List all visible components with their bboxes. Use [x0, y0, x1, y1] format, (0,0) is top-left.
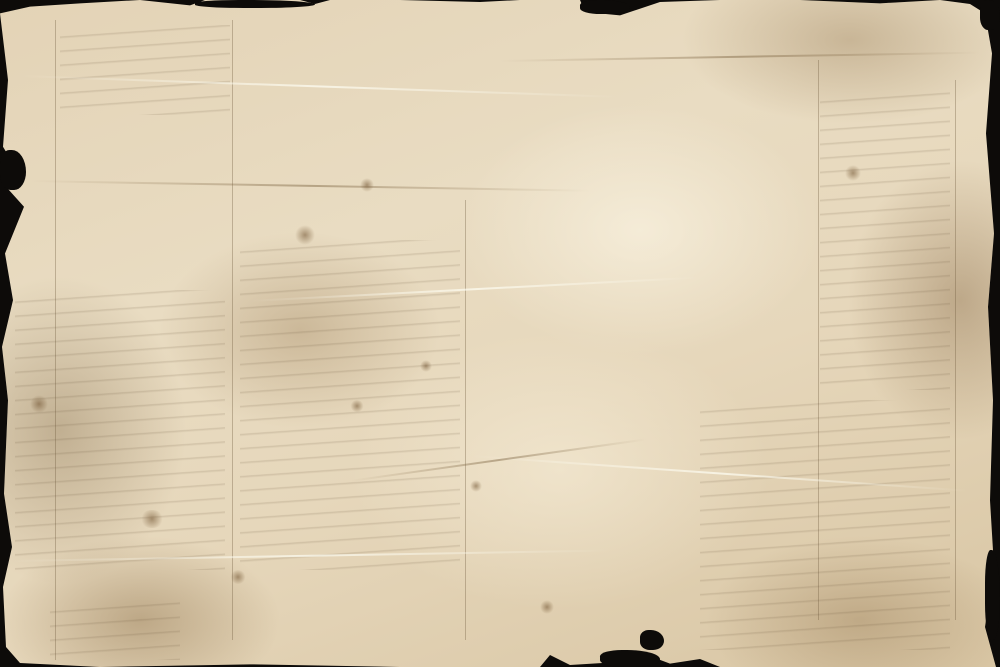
age-stain: [540, 600, 554, 614]
torn-edge-hole: [0, 150, 26, 190]
torn-edge-hole: [980, 0, 1000, 30]
aged-paper-scene: [0, 0, 1000, 667]
torn-edge-hole: [985, 550, 1000, 640]
ruled-margin-line: [955, 80, 956, 620]
ruled-margin-line: [465, 200, 466, 640]
torn-edge-hole: [640, 630, 664, 650]
age-stain: [295, 225, 315, 245]
age-stain: [845, 165, 861, 181]
age-stain: [30, 395, 48, 413]
torn-edge-hole: [600, 650, 660, 667]
age-stain: [360, 178, 374, 192]
faded-handwriting-block: [60, 25, 230, 115]
age-stain: [140, 510, 164, 528]
age-stain: [420, 360, 432, 372]
age-stain: [470, 480, 482, 492]
age-stain: [230, 570, 246, 584]
faded-handwriting-block: [820, 90, 950, 390]
torn-edge-hole: [580, 0, 630, 14]
faded-handwriting-block: [50, 600, 180, 660]
age-stain: [350, 400, 364, 412]
torn-edge-hole: [195, 0, 315, 8]
faded-handwriting-block: [700, 400, 950, 650]
faded-handwriting-block: [15, 290, 225, 570]
ruled-margin-line: [232, 20, 233, 640]
